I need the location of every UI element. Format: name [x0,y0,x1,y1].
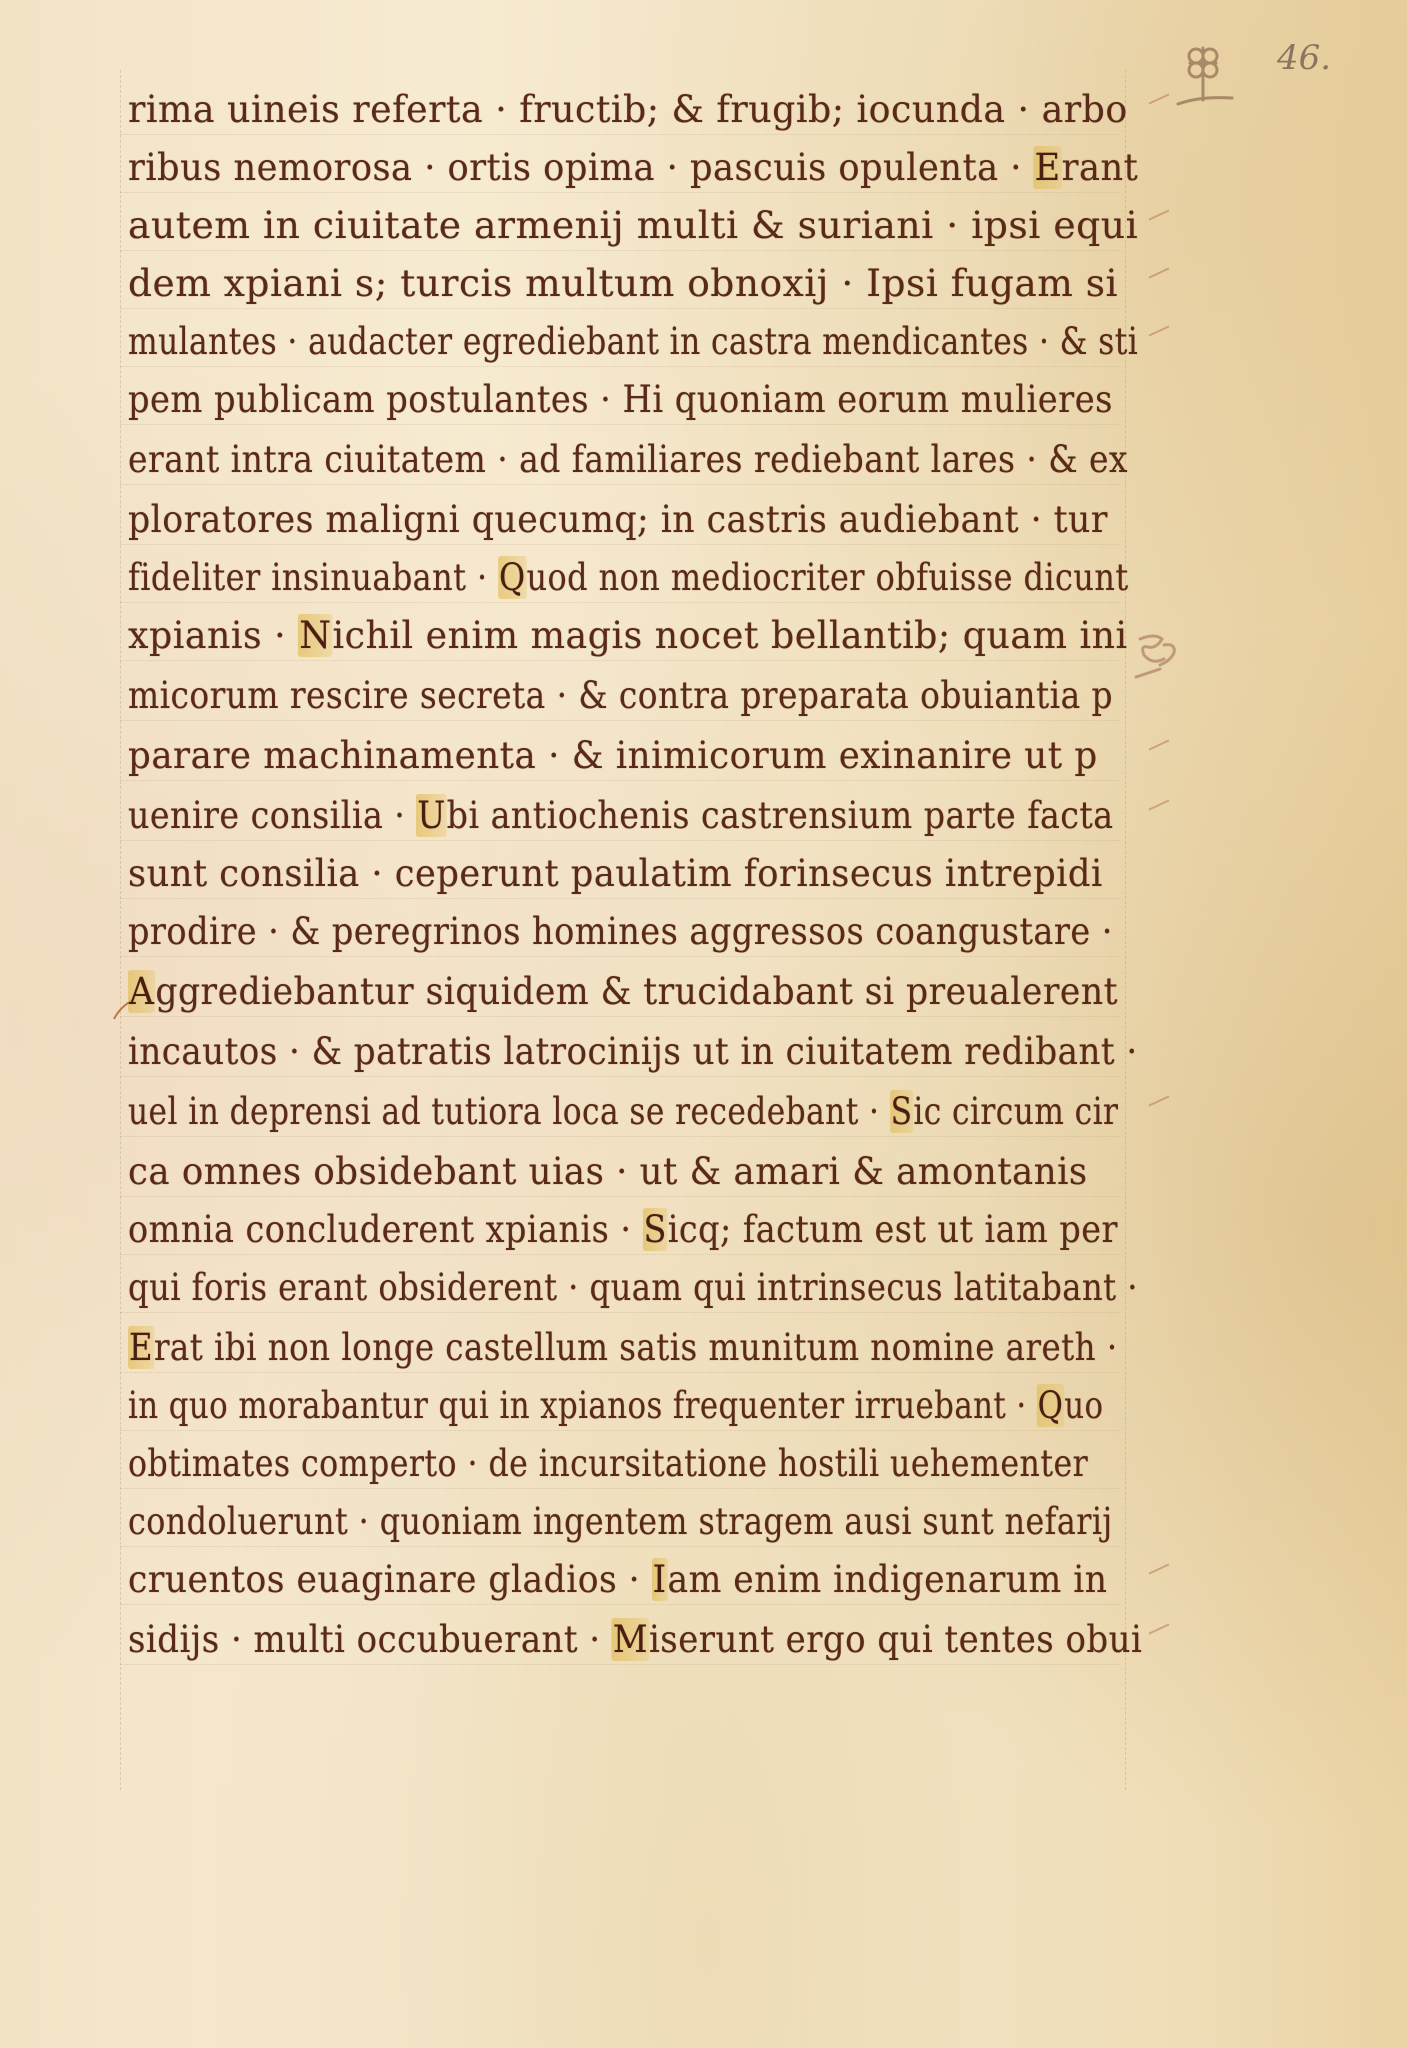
ruling-line [120,250,1120,251]
ruling-line [120,780,1120,781]
ruling-line [120,1254,1120,1255]
manuscript-line: in quo morabantur qui in xpianos frequen… [128,1384,1103,1427]
ruling-line [120,484,1120,485]
manuscript-line: sidijs · multi occubuerant · Miserunt er… [128,1618,1142,1661]
highlighted-capital: I [652,1558,668,1601]
cross-flower-mark-icon [1170,38,1240,108]
manuscript-line: uel in deprensi ad tutiora loca se reced… [128,1090,1118,1133]
manuscript-line: ploratores maligni quecumq; in castris a… [128,498,1108,541]
manuscript-line: micorum rescire secreta · & contra prepa… [128,674,1113,717]
ruling-line [120,1372,1120,1373]
manuscript-line: xpianis · Nichil enim magis nocet bellan… [128,614,1128,657]
ruling-line [120,1488,1120,1489]
ruling-line [120,898,1120,899]
manuscript-line: condoluerunt · quoniam ingentem stragem … [128,1500,1113,1543]
manuscript-line: uenire consilia · Ubi antiochenis castre… [128,794,1114,837]
manuscript-line: fideliter insinuabant · Quod non mediocr… [128,556,1129,599]
manuscript-line: rima uineis referta · fructib; & frugib;… [128,88,1128,131]
highlighted-capital: E [128,1326,154,1369]
blank-lower-margin [0,1760,1407,2048]
manuscript-line: mulantes · audacter egrediebant in castr… [128,320,1138,363]
ruling-line [120,424,1120,425]
manuscript-line: Aggrediebantur siquidem & trucidabant si… [128,970,1118,1013]
ruling-line [120,1546,1120,1547]
highlighted-capital: Q [1037,1384,1064,1427]
ruling-line [120,1196,1120,1197]
manuscript-line: pem publicam postulantes · Hi quoniam eo… [128,378,1113,421]
manuscript-line: ribus nemorosa · ortis opima · pascuis o… [128,146,1138,189]
highlighted-capital: A [128,970,155,1013]
manuscript-line: sunt consilia · ceperunt paulatim forins… [128,852,1103,895]
manuscript-line: dem xpiani s; turcis multum obnoxij · Ip… [128,262,1118,305]
ruling-margin-left [120,70,121,1790]
highlighted-capital: M [612,1618,649,1661]
ruling-line [120,956,1120,957]
manuscript-line: qui foris erant obsiderent · quam qui in… [128,1266,1138,1309]
manuscript-line: ca omnes obsidebant uias · ut & amari & … [128,1150,1088,1193]
manuscript-line: cruentos euaginare gladios · Iam enim in… [128,1558,1107,1601]
ruling-line [120,840,1120,841]
ruling-line [120,720,1120,721]
ruling-line [120,366,1120,367]
manuscript-line: incautos · & patratis latrocinijs ut in … [128,1030,1138,1073]
manuscript-line: Erat ibi non longe castellum satis munit… [128,1326,1118,1369]
ruling-line [120,1430,1120,1431]
manuscript-line: erant intra ciuitatem · ad familiares re… [128,438,1128,481]
highlighted-capital: N [298,614,332,657]
manuscript-line: parare machinamenta · & inimicorum exina… [128,734,1098,777]
nota-mark-icon [1130,625,1190,685]
manuscript-line: prodire · & peregrinos homines aggressos… [128,910,1113,953]
highlighted-capital: S [890,1090,914,1133]
highlighted-capital: U [416,794,446,837]
folio-number: 46. [1277,38,1331,78]
manuscript-line: omnia concluderent xpianis · Sicq; factu… [128,1208,1118,1251]
ruling-line [120,660,1120,661]
highlighted-capital: S [643,1208,668,1251]
manuscript-line: autem in ciuitate armenij multi & surian… [128,204,1138,247]
ruling-line [120,544,1120,545]
ruling-line [120,1076,1120,1077]
manuscript-line: obtimates comperto · de incursitatione h… [128,1442,1088,1485]
highlighted-capital: E [1034,146,1062,189]
ruling-line [120,134,1120,135]
ruling-line [120,192,1120,193]
ruling-line [120,1016,1120,1017]
ruling-line [120,1664,1120,1665]
ruling-line [120,308,1120,309]
ruling-line [120,1136,1120,1137]
ruling-line [120,1312,1120,1313]
ruling-line [120,1604,1120,1605]
ruling-line [120,602,1120,603]
highlighted-capital: Q [498,556,526,599]
